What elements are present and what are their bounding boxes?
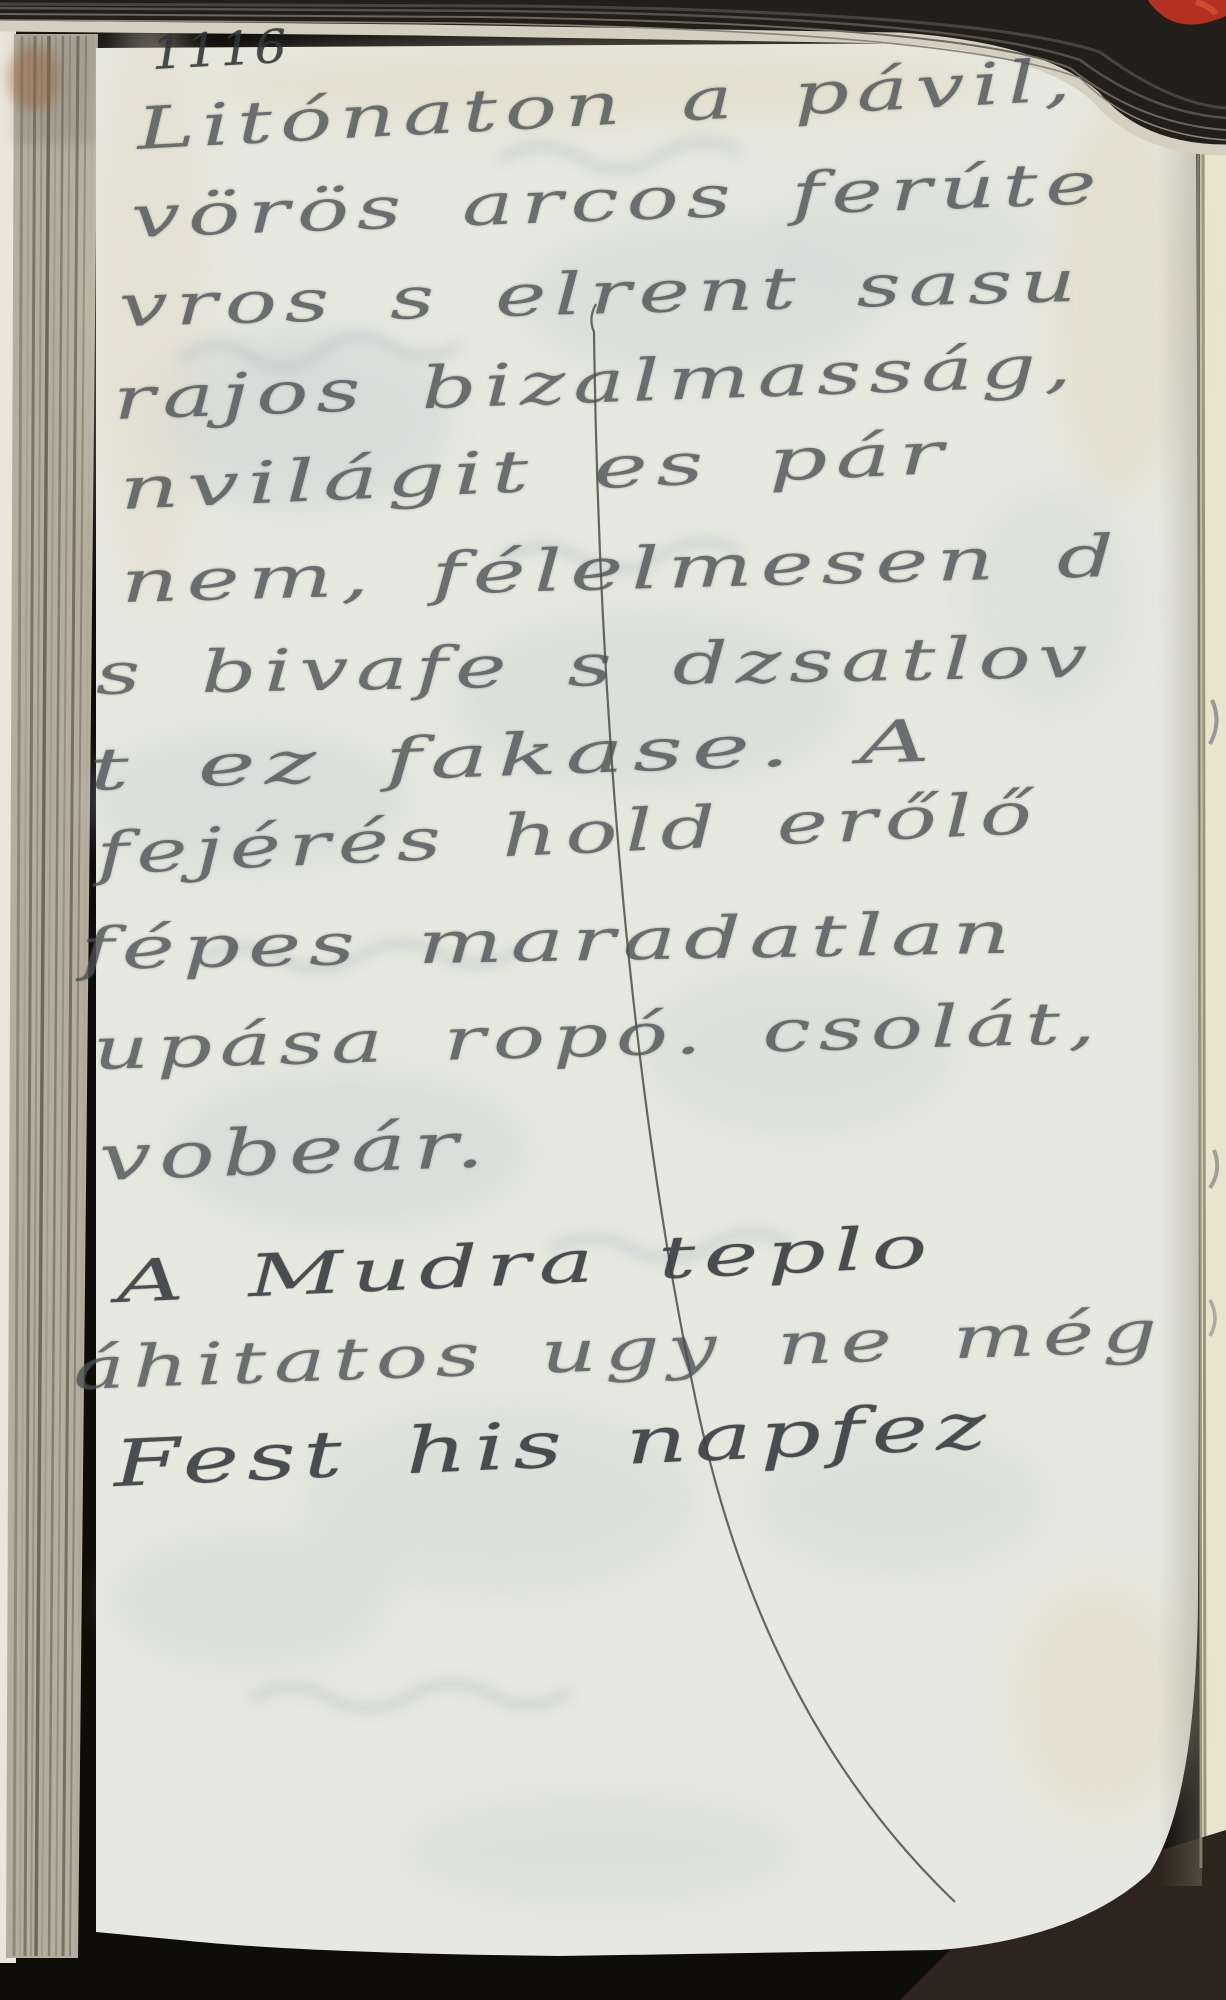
handwriting-line: rajos bizalmasság, <box>112 331 1080 433</box>
handwriting-line: vros s elrent sasu <box>118 247 1084 340</box>
handwriting-line: áhitatos ugy ne még <box>72 1297 1166 1403</box>
handwriting-line: s bivafe s dzsatlov <box>95 623 1095 708</box>
handwriting-line: nem, félelmesen d <box>120 522 1123 616</box>
handwriting-line: vobeár. <box>98 1108 493 1196</box>
handwriting-line: fépes maradatlan <box>80 899 1019 983</box>
handwriting-line: upása ropó. csolát, <box>92 989 1104 1083</box>
handwriting-line: vörös arcos ferúte <box>130 149 1105 251</box>
handwritten-text-layer: 1116 Litónaton a pávil, vörös arcos ferú… <box>0 0 1226 2000</box>
handwriting-line: Fest his napfez <box>112 1390 995 1502</box>
handwriting-line: nvilágit es pár <box>118 419 952 523</box>
page-number-annotation: 1116 <box>150 19 290 80</box>
notebook-photo: 1116 Litónaton a pávil, vörös arcos ferú… <box>0 0 1226 2000</box>
handwriting-line: A Mudra teplo <box>115 1212 937 1316</box>
